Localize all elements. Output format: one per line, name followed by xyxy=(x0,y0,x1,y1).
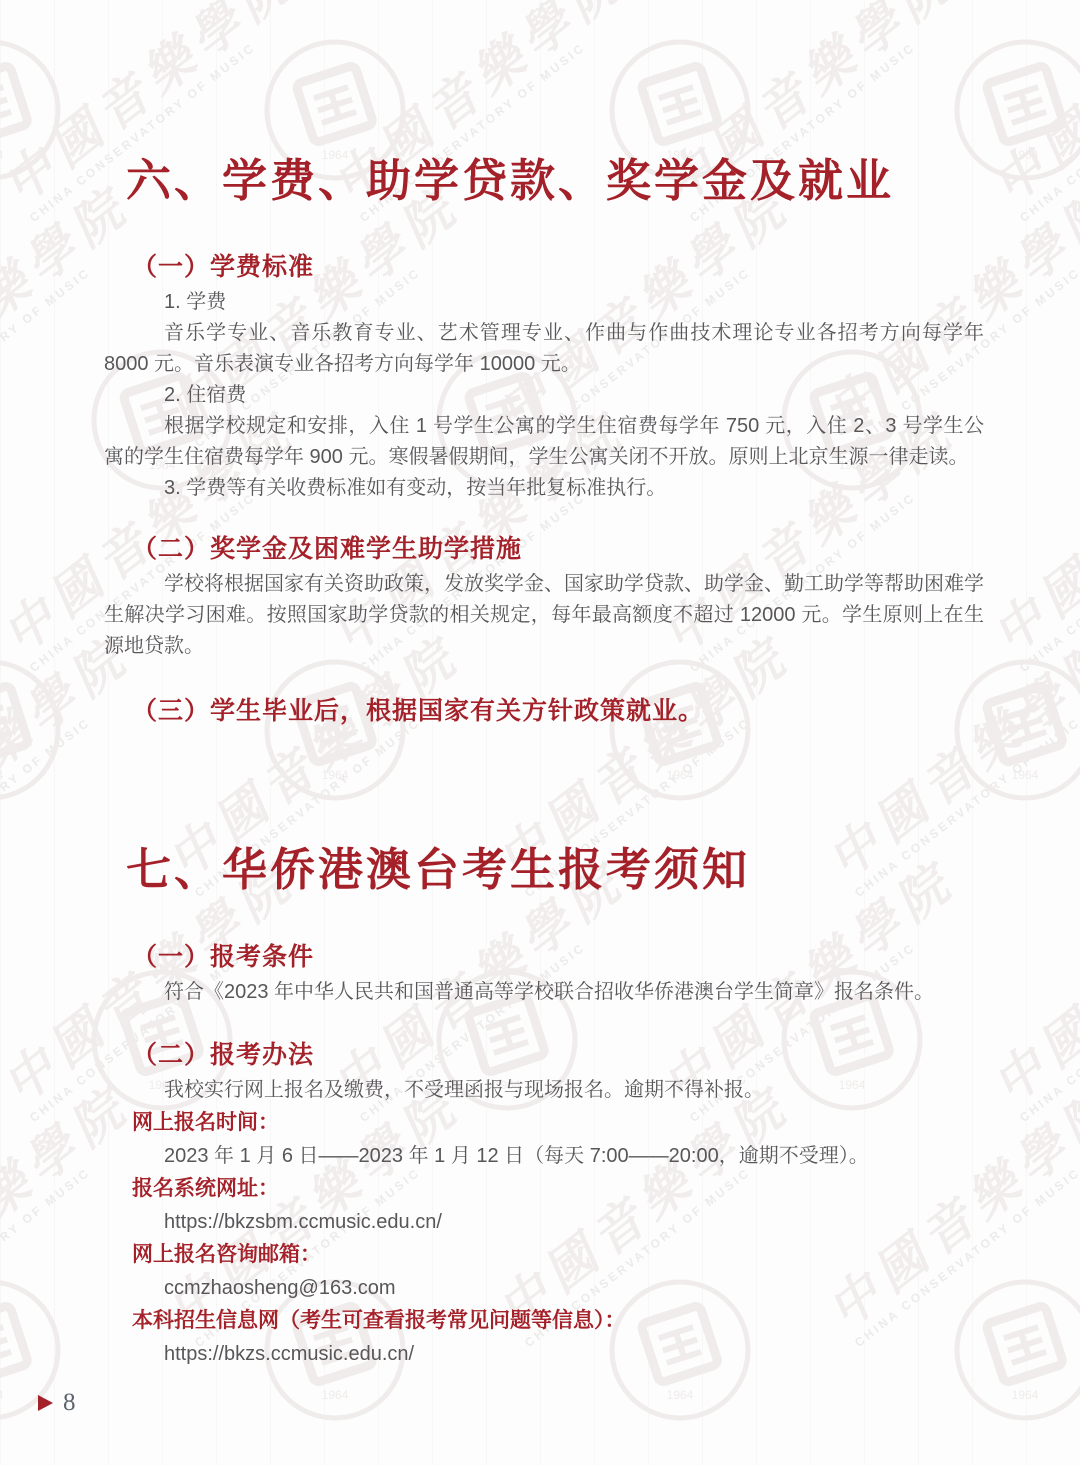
page: 中國音樂學院CHINA CONSERVATORY OF MUSIC中國音樂學院C… xyxy=(0,0,1080,1465)
heading-application-requirements: （一）报考条件 xyxy=(132,942,984,972)
right-triangle-icon xyxy=(38,1395,53,1411)
document-content: 六、学费、助学贷款、奖学金及就业 （一）学费标准 1. 学费 音乐学专业、音乐教… xyxy=(0,0,1080,1370)
footer: 8 xyxy=(38,1390,76,1415)
label-registration-system-url: 报名系统网址： xyxy=(132,1173,984,1205)
section-6-title: 六、学费、助学贷款、奖学金及就业 xyxy=(126,156,984,206)
paragraph-tuition-item: 1. 学费 xyxy=(104,287,984,318)
heading-tuition-standard: （一）学费标准 xyxy=(132,252,984,282)
value-admissions-info-site: https://bkzs.ccmusic.edu.cn/ xyxy=(104,1338,984,1370)
value-registration-system-url: https://bkzsbm.ccmusic.edu.cn/ xyxy=(104,1206,984,1238)
value-online-registration-time: 2023 年 1 月 6 日——2023 年 1 月 12 日（每天 7:00—… xyxy=(104,1140,984,1172)
paragraph-accommodation-amounts: 根据学校规定和安排，入住 1 号学生公寓的学生住宿费每学年 750 元，入住 2… xyxy=(104,411,984,473)
paragraph-fee-change-note: 3. 学费等有关收费标准如有变动，按当年批复标准执行。 xyxy=(104,473,984,504)
label-admissions-info-site: 本科招生信息网（考生可查看报考常见问题等信息）： xyxy=(132,1305,984,1337)
heading-scholarship-aid: （二）奖学金及困难学生助学措施 xyxy=(132,534,984,564)
value-consultation-email: ccmzhaosheng@163.com xyxy=(104,1272,984,1304)
section-7-overseas-applicants: （一）报考条件 符合《2023 年中华人民共和国普通高等学校联合招收华侨港澳台学… xyxy=(104,942,984,1370)
heading-employment-policy: （三）学生毕业后，根据国家有关方针政策就业。 xyxy=(132,696,984,726)
section-6-tuition: （一）学费标准 1. 学费 音乐学专业、音乐教育专业、艺术管理专业、作曲与作曲技… xyxy=(104,252,984,726)
svg-text:1964: 1964 xyxy=(0,1388,4,1402)
svg-text:1964: 1964 xyxy=(1012,1388,1039,1402)
svg-text:1964: 1964 xyxy=(322,1388,349,1402)
page-number: 8 xyxy=(63,1390,76,1415)
section-7-title: 七、华侨港澳台考生报考须知 xyxy=(126,845,984,895)
label-consultation-email: 网上报名咨询邮箱： xyxy=(132,1239,984,1271)
paragraph-application-method: 我校实行网上报名及缴费，不受理函报与现场报名。逾期不得补报。 xyxy=(104,1075,984,1106)
paragraph-accommodation-item: 2. 住宿费 xyxy=(104,380,984,411)
paragraph-tuition-amounts: 音乐学专业、音乐教育专业、艺术管理专业、作曲与作曲技术理论专业各招考方向每学年 … xyxy=(104,318,984,380)
label-online-registration-time: 网上报名时间： xyxy=(132,1107,984,1139)
paragraph-scholarship-aid: 学校将根据国家有关资助政策，发放奖学金、国家助学贷款、助学金、勤工助学等帮助困难… xyxy=(104,569,984,662)
paragraph-application-requirements: 符合《2023 年中华人民共和国普通高等学校联合招收华侨港澳台学生简章》报名条件… xyxy=(104,977,984,1008)
heading-application-method: （二）报考办法 xyxy=(132,1040,984,1070)
svg-text:1964: 1964 xyxy=(667,1388,694,1402)
